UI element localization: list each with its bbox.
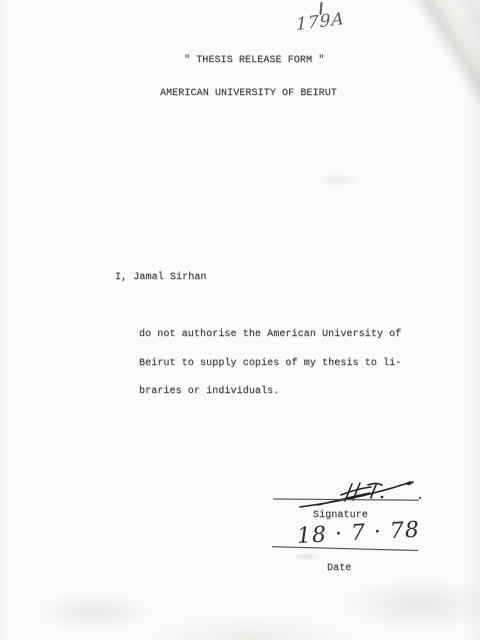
date-line — [272, 546, 418, 551]
handwritten-date: 18 · 7 · 78 — [296, 518, 411, 549]
statement-line-1: do not authorise the American University… — [139, 329, 401, 341]
handwritten-page-number: 179A — [296, 9, 345, 35]
form-title: " THESIS RELEASE FORM " — [184, 55, 324, 67]
statement-line-3: braries or individuals. — [139, 386, 279, 398]
handwritten-signature — [270, 468, 425, 510]
statement-line-2: Beirut to supply copies of my thesis to … — [139, 358, 401, 370]
date-label: Date — [327, 563, 351, 575]
institution-name: AMERICAN UNIVERSITY OF BEIRUT — [160, 88, 337, 100]
scanned-thesis-release-form: 179A " THESIS RELEASE FORM " AMERICAN UN… — [0, 0, 480, 640]
declarant-line: I, Jamal Sirhan — [115, 272, 207, 284]
